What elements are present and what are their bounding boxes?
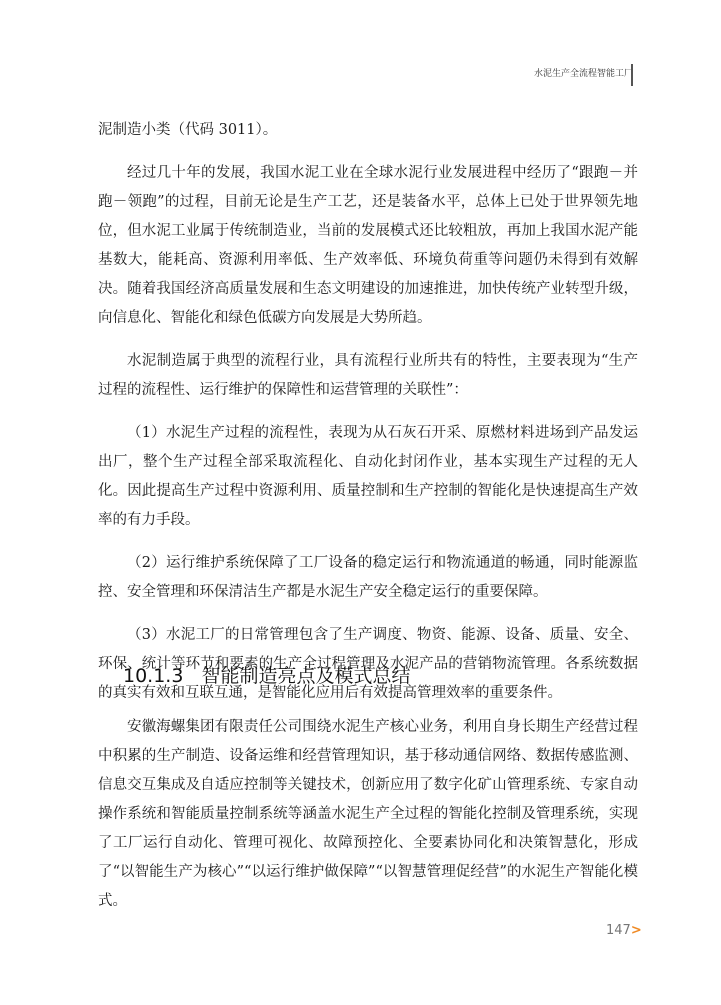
header-divider [631, 64, 633, 86]
paragraph: 泥制造小类（代码 3011）。 [98, 116, 638, 145]
section-title: 智能制造亮点及模式总结 [201, 665, 410, 687]
body-text-top: 泥制造小类（代码 3011）。 经过几十年的发展，我国水泥工业在全球水泥行业发展… [98, 116, 638, 708]
page-number-value: 147 [606, 923, 631, 938]
body-text-section: 安徽海螺集团有限责任公司围绕水泥生产核心业务，利用自身长期生产经营过程中积累的生… [98, 713, 638, 916]
page-number: 147> [606, 923, 642, 938]
paragraph: （1）水泥生产过程的流程性，表现为从石灰石开采、原燃材料进场到产品发运出厂，整个… [98, 419, 638, 535]
next-arrow-icon: > [631, 923, 642, 938]
paragraph: （2）运行维护系统保障了工厂设备的稳定运行和物流通道的畅通，同时能源监控、安全管… [98, 549, 638, 607]
section-heading: 10.1.3智能制造亮点及模式总结 [123, 661, 410, 688]
paragraph: 安徽海螺集团有限责任公司围绕水泥生产核心业务，利用自身长期生产经营过程中积累的生… [98, 713, 638, 916]
running-header: 水泥生产全流程智能工厂 [534, 66, 633, 79]
paragraph: 水泥制造属于典型的流程行业，具有流程行业所共有的特性，主要表现为“生产过程的流程… [98, 347, 638, 405]
paragraph: 经过几十年的发展，我国水泥工业在全球水泥行业发展进程中经历了“跟跑－并跑－领跑”… [98, 159, 638, 333]
section-number: 10.1.3 [123, 665, 183, 687]
